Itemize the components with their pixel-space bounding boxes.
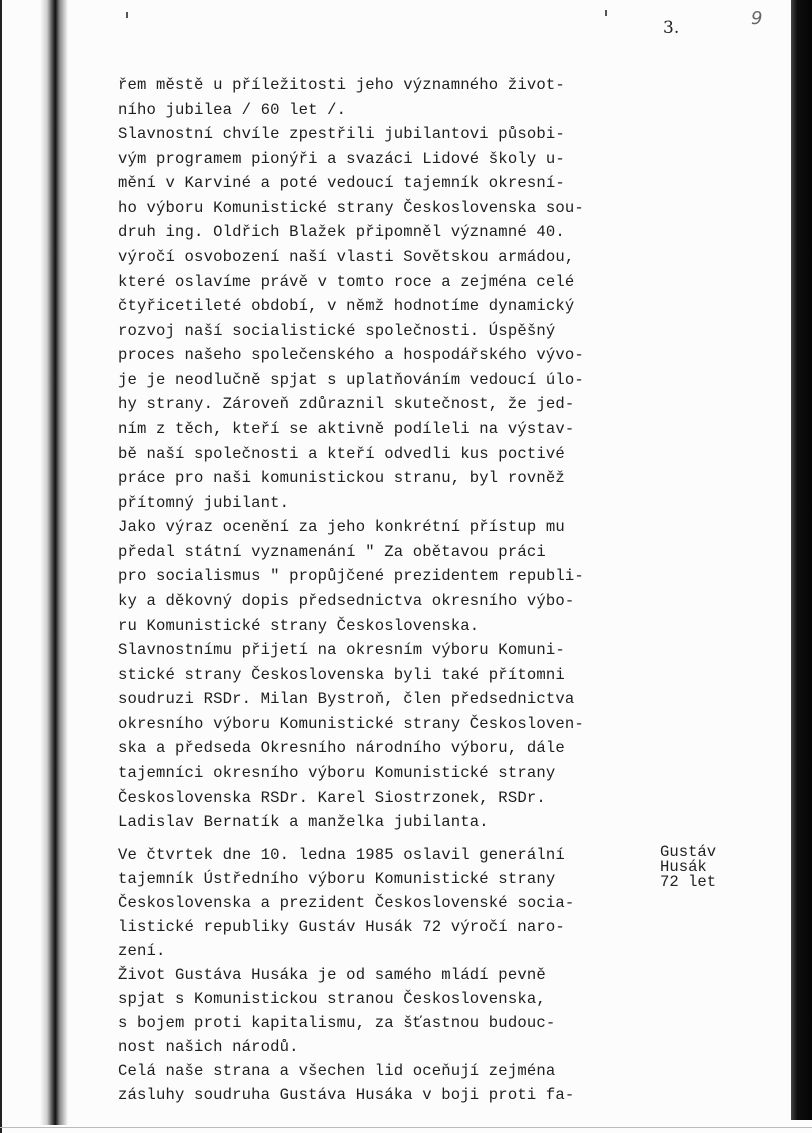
text-line: okresního výboru Komunistické strany Čes… (118, 714, 584, 734)
scan-bottom-edge (0, 1127, 812, 1128)
text-line: hy strany. Zároveň zdůraznil skutečnost,… (118, 394, 574, 414)
text-line: ru Komunistické strany Československa. (118, 616, 479, 636)
text-line: ho výboru Komunistické strany Českoslove… (118, 198, 584, 218)
text-line: s bojem proti kapitalismu, za šťastnou b… (118, 1013, 555, 1033)
text-line: tajemník Ústředního výboru Komunistické … (118, 869, 555, 889)
text-line: stické strany Československa byli také p… (118, 665, 565, 685)
text-line: Československa RSDr. Karel Siostrzonek, … (118, 788, 546, 808)
text-line: listické republiky Gustáv Husák 72 výroč… (118, 917, 565, 937)
text-line: Život Gustáva Husáka je od samého mládí … (118, 965, 546, 985)
text-line: pro socialismus " propůjčené prezidentem… (118, 566, 584, 586)
text-line: je je neodlučně spjat s uplatňováním ved… (118, 370, 584, 390)
text-line: mění v Karviné a poté vedoucí tajemník o… (118, 173, 565, 193)
text-line: Ladislav Bernatík a manželka jubilanta. (118, 812, 489, 832)
scan-left-edge (0, 0, 2, 1133)
text-line: proces našeho společenského a hospodářsk… (118, 345, 584, 365)
scan-mark (126, 12, 128, 18)
text-line: druh ing. Oldřich Blažek připomněl význa… (118, 222, 565, 242)
text-line: ního jubilea / 60 let /. (118, 100, 346, 120)
text-line: předal státní vyznamenání " Za obětavou … (118, 542, 546, 562)
text-line: výročí osvobození naší vlasti Sovětskou … (118, 247, 574, 267)
text-line: nost našich národů. (118, 1037, 299, 1057)
text-line: soudruzi RSDr. Milan Bystroň, člen předs… (118, 689, 574, 709)
binding-shadow (40, 0, 68, 1125)
document-page: 3. 9 řem městě u příležitosti jeho význa… (0, 0, 812, 1133)
text-line: práce pro naši komunistickou stranu, byl… (118, 468, 565, 488)
text-line: vým programem pionýři a svazáci Lidové š… (118, 149, 565, 169)
archive-number: 9 (751, 8, 762, 29)
page-number: 3. (663, 18, 679, 38)
text-line: Slavnostní chvíle zpestřili jubilantovi … (118, 124, 565, 144)
scan-right-edge (791, 0, 812, 1120)
text-line: Československa a prezident Československ… (118, 893, 574, 913)
text-line: Jako výraz ocenění za jeho konkrétní pří… (118, 517, 565, 537)
text-line: zásluhy soudruha Gustáva Husáka v boji p… (118, 1085, 574, 1105)
text-line: řem městě u příležitosti jeho významného… (118, 75, 565, 95)
text-line: Slavnostnímu přijetí na okresním výboru … (118, 640, 565, 660)
text-line: Celá naše strana a všechen lid oceňují z… (118, 1061, 555, 1081)
text-line: přítomný jubilant. (118, 493, 289, 513)
text-line: ky a děkovný dopis předsednictva okresní… (118, 591, 574, 611)
text-line: tajemníci okresního výboru Komunistické … (118, 763, 555, 783)
margin-note: GustávHusák72 let (660, 845, 740, 890)
text-line: které oslavíme právě v tomto roce a zejm… (118, 272, 574, 292)
scan-mark (605, 10, 607, 16)
text-line: spjat s Komunistickou stranou Českoslove… (118, 989, 546, 1009)
text-line: čtyřicetileté období, v němž hodnotíme d… (118, 296, 574, 316)
margin-note-line: 72 let (660, 875, 740, 890)
text-line: zení. (118, 941, 166, 961)
text-line: rozvoj naší socialistické společnosti. Ú… (118, 321, 555, 341)
text-line: Ve čtvrtek dne 10. ledna 1985 oslavil ge… (118, 845, 565, 865)
text-line: ska a předseda Okresního národního výbor… (118, 738, 565, 758)
text-line: bě naší společnosti a kteří odvedli kus … (118, 444, 565, 464)
text-line: ním z těch, kteří se aktivně podíleli na… (118, 419, 574, 439)
